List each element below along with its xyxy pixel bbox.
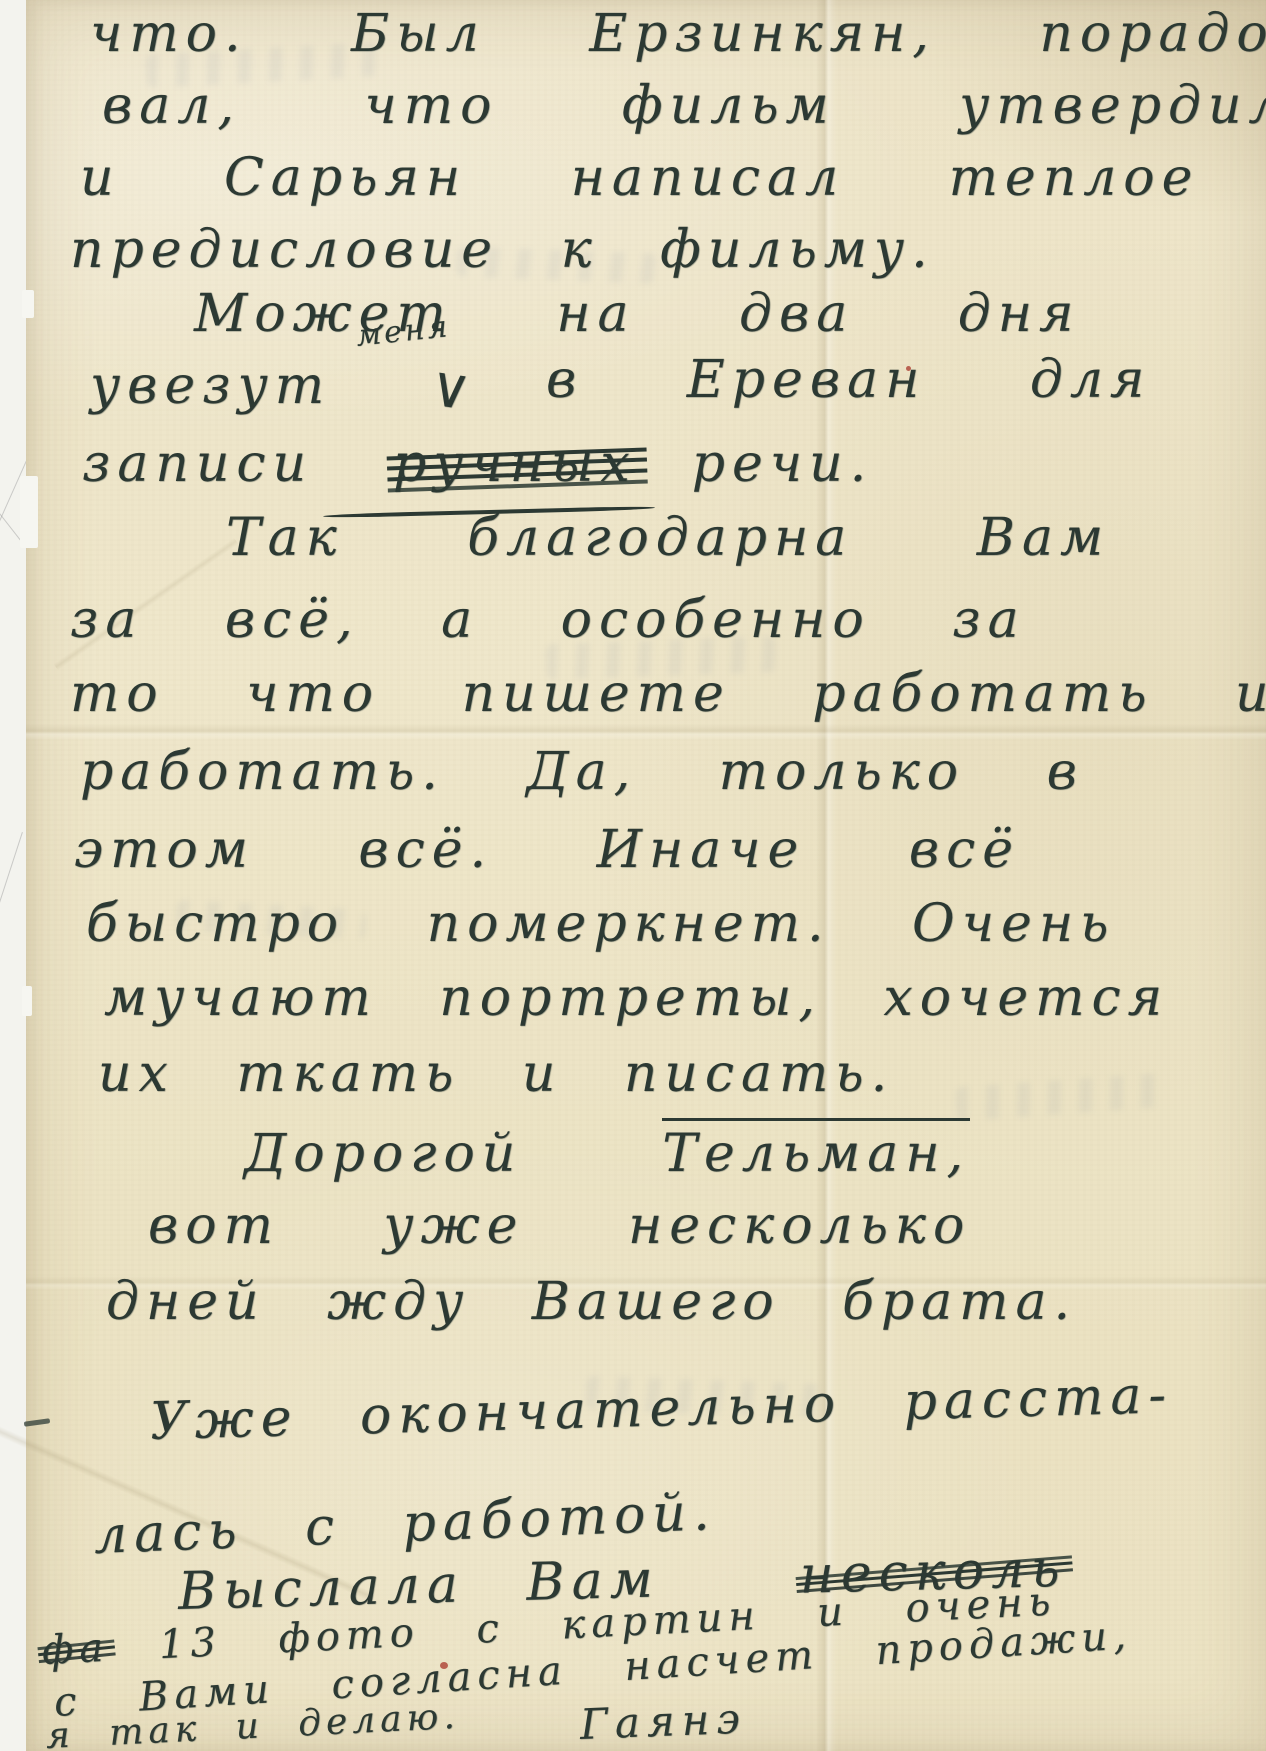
handwritten-line-10: то что пишете работать и bbox=[70, 664, 1266, 724]
line-text: их ткать и писать. bbox=[98, 1044, 894, 1104]
insertion-caret-mark: ∨ bbox=[426, 353, 476, 423]
handwritten-line-16: ДорогойТельман, bbox=[244, 1118, 970, 1184]
handwritten-line-11: работать. Да, только в bbox=[80, 742, 1084, 802]
line-text: увезут bbox=[90, 356, 331, 416]
handwritten-line-6b: в Ереван для bbox=[546, 350, 1151, 410]
handwritten-line-17: вот уже несколько bbox=[148, 1196, 971, 1256]
handwritten-line-18: дней жду Вашего брата. bbox=[106, 1272, 1077, 1332]
scanned-letter-page: что. Был Ерзинкян, порадо- вал, что филь… bbox=[0, 0, 1266, 1751]
handwritten-line-5: Может на два дня bbox=[194, 284, 1080, 344]
line-text: вот уже несколько bbox=[148, 1196, 971, 1256]
paper-edge-nick bbox=[22, 290, 34, 318]
line-text: предисловие к фильму. bbox=[70, 220, 935, 280]
line-text: записи bbox=[82, 434, 313, 494]
line-text: дней жду Вашего брата. bbox=[106, 1272, 1077, 1332]
fold-crease-horizontal bbox=[26, 724, 1266, 740]
line-text: Уже окончательно расста- bbox=[149, 1365, 1173, 1452]
handwritten-line-14: мучают портреты, хочется bbox=[104, 968, 1169, 1028]
handwritten-line-7: записиручныхречи. bbox=[82, 434, 873, 494]
handwritten-line-6a: увезут bbox=[90, 356, 331, 416]
line-text: речи. bbox=[692, 434, 873, 494]
line-text: Дорогой bbox=[244, 1124, 522, 1184]
handwritten-line-4: предисловие к фильму. bbox=[70, 220, 935, 280]
handwritten-line-12: этом всё. Иначе всё bbox=[74, 820, 1020, 880]
handwritten-line-9: за всё, а особенно за bbox=[70, 590, 1026, 650]
handwritten-line-3: и Сарьян написал теплое bbox=[80, 148, 1199, 208]
line-text: что. Был Ерзинкян, порадо- bbox=[90, 4, 1266, 64]
handwritten-line-15: их ткать и писать. bbox=[98, 1044, 894, 1104]
crossed-out-word: фа bbox=[41, 1625, 110, 1674]
paper-edge-nick bbox=[22, 986, 32, 1016]
line-text: то что пишете работать и bbox=[70, 664, 1266, 724]
overlined-name: Тельман, bbox=[662, 1118, 970, 1184]
line-text: за всё, а особенно за bbox=[70, 590, 1026, 650]
signature-text: Гаянэ bbox=[579, 1694, 748, 1749]
caret-glyph: ∨ bbox=[426, 353, 476, 423]
line-text: вал, что фильм утвердили bbox=[102, 76, 1266, 136]
line-text: работать. Да, только в bbox=[80, 742, 1084, 802]
line-text: мучают портреты, хочется bbox=[104, 968, 1169, 1028]
line-text: и Сарьян написал теплое bbox=[80, 148, 1199, 208]
handwritten-line-19: Уже окончательно расста- bbox=[149, 1365, 1173, 1452]
ink-speck bbox=[24, 1418, 50, 1427]
paper-edge-nick bbox=[20, 476, 38, 548]
handwritten-line-1: что. Был Ерзинкян, порадо- bbox=[90, 4, 1266, 64]
crossed-out-scribble: ручных bbox=[393, 434, 637, 494]
ink-showthrough-smudge bbox=[955, 1073, 1167, 1122]
signature: Гаянэ bbox=[579, 1694, 748, 1749]
letter-paper: что. Был Ерзинкян, порадо- вал, что филь… bbox=[26, 0, 1266, 1751]
line-text: Так благодарна Вам bbox=[226, 508, 1110, 568]
line-text: Может на два дня bbox=[194, 284, 1080, 344]
handwritten-line-13: быстро померкнет. Очень bbox=[86, 894, 1115, 954]
line-text: этом всё. Иначе всё bbox=[74, 820, 1020, 880]
line-text: быстро померкнет. Очень bbox=[86, 894, 1115, 954]
line-text: в Ереван для bbox=[546, 350, 1151, 410]
handwritten-line-2: вал, что фильм утвердили bbox=[102, 76, 1266, 136]
handwritten-line-8: Так благодарна Вам bbox=[226, 508, 1110, 568]
